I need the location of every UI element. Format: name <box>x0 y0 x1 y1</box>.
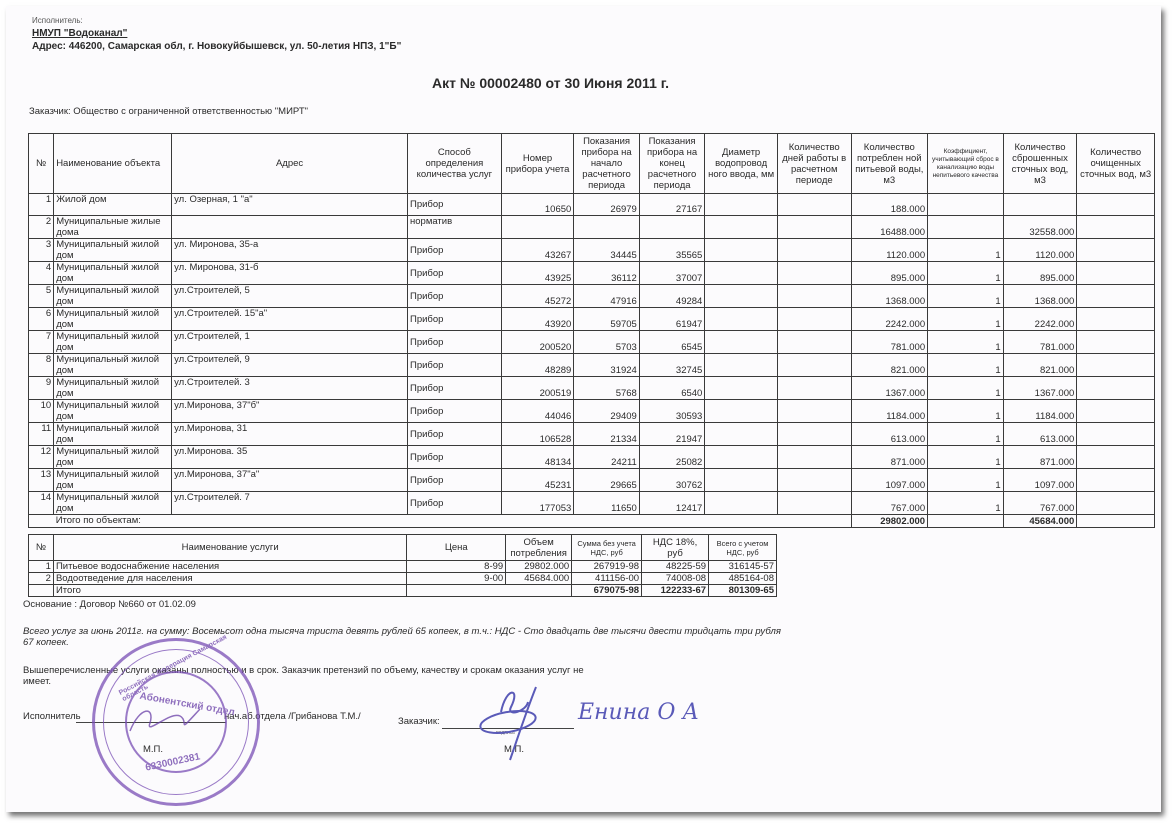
cell-meter: 48134 <box>501 446 574 469</box>
cell-days <box>777 285 851 308</box>
services-total-vat: 122233-67 <box>642 585 709 597</box>
cell-address: ул.Миронова, 37"б" <box>172 400 408 423</box>
document-title: Акт № 00002480 от 30 Июня 2011 г. <box>432 75 669 91</box>
cell-method: Прибор <box>408 492 502 515</box>
services-table-header: № Наименование услуги Цена Объем потребл… <box>29 535 777 561</box>
customer-handwritten-name: Енина О А <box>578 700 699 725</box>
svc-col-volume: Объем потребления <box>506 535 572 561</box>
cell-end: 25082 <box>639 446 705 469</box>
sum-in-words-line1: Всего услуг за июнь 2011г. на сумму: Вос… <box>23 626 781 637</box>
sum-in-words-line2: 67 копеек. <box>23 637 69 648</box>
cell-end: 12417 <box>639 492 705 515</box>
cell-meter: 200520 <box>501 331 574 354</box>
cell-coef: 1 <box>928 239 1004 262</box>
cell-method: Прибор <box>408 285 502 308</box>
cell-sewage: 1368.000 <box>1003 285 1077 308</box>
cell-diameter <box>705 469 778 492</box>
cell-days <box>777 216 851 239</box>
cell-diameter <box>705 492 778 515</box>
cell-end: 27167 <box>639 194 705 216</box>
cell-meter: 45272 <box>501 285 574 308</box>
cell-water: 16488.000 <box>851 216 928 239</box>
objects-table: № Наименование объекта Адрес Способ опре… <box>28 133 1155 528</box>
cell-coef: 1 <box>928 331 1004 354</box>
services-total-row: Итого 679075-98 122233-67 801309-65 <box>29 585 777 597</box>
svc-col-number: № <box>29 535 54 561</box>
svc-cell-sum: 411156-00 <box>572 573 642 585</box>
cell-end: 61947 <box>639 308 705 331</box>
cell-name: Муниципальный жилой дом <box>54 492 172 515</box>
table-row: 3Муниципальный жилой домул. Миронова, 35… <box>29 239 1155 262</box>
cell-method: Прибор <box>408 377 502 400</box>
table-row: 13Муниципальный жилой домул.Миронова, 37… <box>29 469 1155 492</box>
cell-n: 8 <box>29 354 54 377</box>
cell-name: Жилой дом <box>54 194 172 216</box>
col-method: Способ определения количества услуг <box>408 134 502 194</box>
cell-address: ул.Строителей. 3 <box>172 377 408 400</box>
cell-name: Муниципальный жилой дом <box>54 354 172 377</box>
cell-address: ул. Миронова, 35-а <box>172 239 408 262</box>
cell-coef: 1 <box>928 446 1004 469</box>
executor-address: Адрес: 446200, Самарская обл, г. Новокуй… <box>32 41 401 52</box>
cell-start: 29665 <box>574 469 640 492</box>
table-row: 12Муниципальный жилой домул.Миронова. 35… <box>29 446 1155 469</box>
cell-sewage <box>1003 194 1077 216</box>
cell-days <box>777 469 851 492</box>
cell-start: 29409 <box>574 400 640 423</box>
cell-n: 12 <box>29 446 54 469</box>
cell-address: ул.Миронова. 35 <box>172 446 408 469</box>
services-table-body: 1Питьевое водоснабжение населения8-99298… <box>29 561 777 585</box>
svc-cell-total: 316145-57 <box>709 561 777 573</box>
cell-sewage: 1120.000 <box>1003 239 1077 262</box>
cell-sewage: 2242.000 <box>1003 308 1077 331</box>
table-row: 1Питьевое водоснабжение населения8-99298… <box>29 561 777 573</box>
cell-treated <box>1077 469 1155 492</box>
cell-address: ул.Строителей. 7 <box>172 492 408 515</box>
cell-days <box>777 377 851 400</box>
cell-name: Муниципальный жилой дом <box>54 239 172 262</box>
cell-water: 2242.000 <box>851 308 928 331</box>
cell-start: 21334 <box>574 423 640 446</box>
cell-water: 767.000 <box>851 492 928 515</box>
cell-start: 31924 <box>574 354 640 377</box>
cell-treated <box>1077 285 1155 308</box>
cell-n: 5 <box>29 285 54 308</box>
cell-diameter <box>705 423 778 446</box>
col-address: Адрес <box>172 134 408 194</box>
cell-treated <box>1077 377 1155 400</box>
svc-cell-n: 2 <box>29 573 54 585</box>
col-meter-number: Номер прибора учета <box>501 134 574 194</box>
cell-end: 37007 <box>639 262 705 285</box>
cell-days <box>777 262 851 285</box>
cell-meter: 44046 <box>501 400 574 423</box>
cell-sewage: 871.000 <box>1003 446 1077 469</box>
svc-cell-name: Питьевое водоснабжение населения <box>53 561 406 573</box>
customer-sign-label: Заказчик: <box>398 716 440 727</box>
cell-method: Прибор <box>408 262 502 285</box>
cell-diameter <box>705 239 778 262</box>
cell-diameter <box>705 331 778 354</box>
col-sewage: Количество сброшенных сточных вод, м3 <box>1003 134 1077 194</box>
cell-address: ул.Строителей, 1 <box>172 331 408 354</box>
cell-coef: 1 <box>928 262 1004 285</box>
cell-treated <box>1077 308 1155 331</box>
cell-start: 36112 <box>574 262 640 285</box>
svc-col-price: Цена <box>407 535 506 561</box>
cell-end: 32745 <box>639 354 705 377</box>
cell-water: 781.000 <box>851 331 928 354</box>
cell-days <box>777 446 851 469</box>
cell-end: 30762 <box>639 469 705 492</box>
cell-treated <box>1077 400 1155 423</box>
cell-days <box>777 194 851 216</box>
svc-cell-price: 9-00 <box>407 573 506 585</box>
cell-method: Прибор <box>408 308 502 331</box>
svc-cell-name: Водоотведение для населения <box>53 573 406 585</box>
col-days: Количество дней работы в расчетном перио… <box>777 134 851 194</box>
cell-treated <box>1077 423 1155 446</box>
table-row: 10Муниципальный жилой домул.Миронова, 37… <box>29 400 1155 423</box>
cell-diameter <box>705 262 778 285</box>
cell-days <box>777 400 851 423</box>
cell-name: Муниципальный жилой дом <box>54 377 172 400</box>
cell-end <box>639 216 705 239</box>
col-coefficient: Коэффициент, учитывающий сброс в канализ… <box>928 134 1004 194</box>
cell-meter: 43925 <box>501 262 574 285</box>
cell-end: 21947 <box>639 423 705 446</box>
cell-meter: 48289 <box>501 354 574 377</box>
cell-address: ул. Озерная, 1 "а" <box>172 194 408 216</box>
cell-start: 5768 <box>574 377 640 400</box>
executor-label: Исполнитель: <box>32 16 83 25</box>
cell-coef <box>928 194 1004 216</box>
cell-water: 895.000 <box>851 262 928 285</box>
cell-address: ул.Строителей, 9 <box>172 354 408 377</box>
cell-method: Прибор <box>408 469 502 492</box>
cell-start: 26979 <box>574 194 640 216</box>
col-object-name: Наименование объекта <box>54 134 172 194</box>
cell-name: Муниципальный жилой дом <box>54 331 172 354</box>
services-total-label: Итого <box>53 585 406 597</box>
cell-name: Муниципальный жилой дом <box>54 308 172 331</box>
cell-start: 24211 <box>574 446 640 469</box>
cell-n: 3 <box>29 239 54 262</box>
svc-cell-n: 1 <box>29 561 54 573</box>
cell-n: 10 <box>29 400 54 423</box>
cell-address: ул.Миронова, 31 <box>172 423 408 446</box>
cell-start: 5703 <box>574 331 640 354</box>
executor-sign-label: Исполнитель <box>23 711 81 722</box>
cell-coef <box>928 216 1004 239</box>
cell-coef: 1 <box>928 354 1004 377</box>
col-reading-start: Показания прибора на начало расчетного п… <box>574 134 640 194</box>
cell-method: Прибор <box>408 239 502 262</box>
contract-basis: Основание : Договор №660 от 01.02.09 <box>23 599 196 610</box>
svc-cell-price: 8-99 <box>407 561 506 573</box>
table-row: 5Муниципальный жилой домул.Строителей, 5… <box>29 285 1155 308</box>
official-stamp: Абонентский отдел 6330002381 Российская … <box>92 638 260 806</box>
cell-treated <box>1077 446 1155 469</box>
cell-address: ул.Строителей. 15"а" <box>172 308 408 331</box>
table-row: 4Муниципальный жилой домул. Миронова, 31… <box>29 262 1155 285</box>
col-treated: Количество очищенных сточных вод, м3 <box>1077 134 1155 194</box>
cell-water: 871.000 <box>851 446 928 469</box>
cell-treated <box>1077 331 1155 354</box>
cell-sewage: 32558.000 <box>1003 216 1077 239</box>
customer-signature-icon <box>466 682 576 762</box>
cell-address: ул. Миронова, 31-б <box>172 262 408 285</box>
cell-treated <box>1077 354 1155 377</box>
col-water: Количество потреблен ной питьевой воды, … <box>851 134 928 194</box>
col-reading-end: Показания прибора на конец расчетного пе… <box>639 134 705 194</box>
svc-cell-vat: 48225-59 <box>642 561 709 573</box>
table-row: 9Муниципальный жилой домул.Строителей. 3… <box>29 377 1155 400</box>
svc-cell-volume: 29802.000 <box>506 561 572 573</box>
cell-meter: 106528 <box>501 423 574 446</box>
cell-name: Муниципальный жилой дом <box>54 469 172 492</box>
cell-address: ул.Миронова, 37"а" <box>172 469 408 492</box>
cell-water: 1097.000 <box>851 469 928 492</box>
customer-line: Заказчик: Общество с ограниченной ответс… <box>29 106 308 117</box>
table-row: 2Муниципальные жилые доманорматив16488.0… <box>29 216 1155 239</box>
cell-diameter <box>705 400 778 423</box>
cell-coef: 1 <box>928 285 1004 308</box>
cell-water: 821.000 <box>851 354 928 377</box>
cell-start <box>574 216 640 239</box>
services-table: № Наименование услуги Цена Объем потребл… <box>28 534 777 597</box>
cell-diameter <box>705 308 778 331</box>
cell-sewage: 781.000 <box>1003 331 1077 354</box>
cell-method: Прибор <box>408 423 502 446</box>
cell-end: 30593 <box>639 400 705 423</box>
cell-water: 613.000 <box>851 423 928 446</box>
executor-signature-icon <box>125 701 205 741</box>
cell-water: 1120.000 <box>851 239 928 262</box>
cell-days <box>777 492 851 515</box>
objects-table-body: 1Жилой домул. Озерная, 1 "а"Прибор106502… <box>29 194 1155 515</box>
cell-diameter <box>705 216 778 239</box>
table-row: 1Жилой домул. Озерная, 1 "а"Прибор106502… <box>29 194 1155 216</box>
cell-end: 6545 <box>639 331 705 354</box>
svc-cell-sum: 267919-98 <box>572 561 642 573</box>
cell-start: 34445 <box>574 239 640 262</box>
cell-name: Муниципальный жилой дом <box>54 400 172 423</box>
cell-diameter <box>705 285 778 308</box>
cell-n: 9 <box>29 377 54 400</box>
objects-total-label: Итого по объектам: <box>54 515 851 528</box>
cell-n: 7 <box>29 331 54 354</box>
cell-start: 59705 <box>574 308 640 331</box>
col-diameter: Диаметр водопровод ного ввода, мм <box>705 134 778 194</box>
objects-total-row: Итого по объектам: 29802.000 45684.000 <box>29 515 1155 528</box>
table-row: 7Муниципальный жилой домул.Строителей, 1… <box>29 331 1155 354</box>
cell-coef: 1 <box>928 469 1004 492</box>
cell-end: 6540 <box>639 377 705 400</box>
cell-method: Прибор <box>408 354 502 377</box>
cell-method: Прибор <box>408 194 502 216</box>
cell-meter: 43920 <box>501 308 574 331</box>
cell-n: 14 <box>29 492 54 515</box>
objects-total-water: 29802.000 <box>851 515 928 528</box>
svc-cell-volume: 45684.000 <box>506 573 572 585</box>
cell-meter: 177053 <box>501 492 574 515</box>
table-row: 6Муниципальный жилой домул.Строителей. 1… <box>29 308 1155 331</box>
cell-sewage: 613.000 <box>1003 423 1077 446</box>
col-number: № <box>29 134 54 194</box>
cell-treated <box>1077 216 1155 239</box>
cell-treated <box>1077 194 1155 216</box>
cell-n: 6 <box>29 308 54 331</box>
cell-n: 4 <box>29 262 54 285</box>
cell-start: 47916 <box>574 285 640 308</box>
cell-water: 1368.000 <box>851 285 928 308</box>
cell-water: 1184.000 <box>851 400 928 423</box>
svc-col-total: Всего с учетом НДС, руб <box>709 535 777 561</box>
cell-sewage: 821.000 <box>1003 354 1077 377</box>
svc-col-vat: НДС 18%, руб <box>642 535 709 561</box>
cell-coef: 1 <box>928 400 1004 423</box>
cell-method: Прибор <box>408 331 502 354</box>
services-total-sum: 679075-98 <box>572 585 642 597</box>
cell-coef: 1 <box>928 492 1004 515</box>
cell-name: Муниципальный жилой дом <box>54 262 172 285</box>
services-total-total: 801309-65 <box>709 585 777 597</box>
objects-total-sewage: 45684.000 <box>1003 515 1077 528</box>
cell-sewage: 1367.000 <box>1003 377 1077 400</box>
cell-days <box>777 354 851 377</box>
executor-name: НМУП "Водоканал" <box>32 28 127 39</box>
cell-diameter <box>705 446 778 469</box>
cell-n: 1 <box>29 194 54 216</box>
cell-coef: 1 <box>928 308 1004 331</box>
cell-name: Муниципальные жилые дома <box>54 216 172 239</box>
cell-meter: 200519 <box>501 377 574 400</box>
statement-line2: имеет. <box>23 676 51 687</box>
cell-sewage: 767.000 <box>1003 492 1077 515</box>
cell-coef: 1 <box>928 377 1004 400</box>
cell-method: норматив <box>408 216 502 239</box>
document-page: Исполнитель: НМУП "Водоканал" Адрес: 446… <box>6 6 1161 812</box>
cell-n: 11 <box>29 423 54 446</box>
cell-days <box>777 239 851 262</box>
cell-meter: 43267 <box>501 239 574 262</box>
cell-days <box>777 331 851 354</box>
cell-name: Муниципальный жилой дом <box>54 423 172 446</box>
cell-sewage: 1184.000 <box>1003 400 1077 423</box>
table-row: 11Муниципальный жилой домул.Миронова, 31… <box>29 423 1155 446</box>
table-row: 14Муниципальный жилой домул.Строителей. … <box>29 492 1155 515</box>
cell-diameter <box>705 194 778 216</box>
cell-meter <box>501 216 574 239</box>
cell-sewage: 895.000 <box>1003 262 1077 285</box>
objects-table-header: № Наименование объекта Адрес Способ опре… <box>29 134 1155 194</box>
cell-water: 1367.000 <box>851 377 928 400</box>
cell-sewage: 1097.000 <box>1003 469 1077 492</box>
cell-method: Прибор <box>408 400 502 423</box>
svc-col-name: Наименование услуги <box>53 535 406 561</box>
cell-diameter <box>705 354 778 377</box>
cell-water: 188.000 <box>851 194 928 216</box>
cell-method: Прибор <box>408 446 502 469</box>
table-row: 2Водоотведение для населения9-0045684.00… <box>29 573 777 585</box>
cell-treated <box>1077 239 1155 262</box>
cell-days <box>777 308 851 331</box>
cell-coef: 1 <box>928 423 1004 446</box>
cell-treated <box>1077 492 1155 515</box>
cell-address: ул.Строителей, 5 <box>172 285 408 308</box>
cell-end: 49284 <box>639 285 705 308</box>
cell-treated <box>1077 262 1155 285</box>
cell-diameter <box>705 377 778 400</box>
cell-name: Муниципальный жилой дом <box>54 446 172 469</box>
cell-end: 35565 <box>639 239 705 262</box>
cell-address <box>172 216 408 239</box>
svc-cell-total: 485164-08 <box>709 573 777 585</box>
cell-name: Муниципальный жилой дом <box>54 285 172 308</box>
table-row: 8Муниципальный жилой домул.Строителей, 9… <box>29 354 1155 377</box>
cell-days <box>777 423 851 446</box>
cell-start: 11650 <box>574 492 640 515</box>
cell-meter: 45231 <box>501 469 574 492</box>
cell-n: 13 <box>29 469 54 492</box>
svc-cell-vat: 74008-08 <box>642 573 709 585</box>
cell-n: 2 <box>29 216 54 239</box>
cell-meter: 10650 <box>501 194 574 216</box>
svc-col-sum: Сумма без учета НДС, руб <box>572 535 642 561</box>
